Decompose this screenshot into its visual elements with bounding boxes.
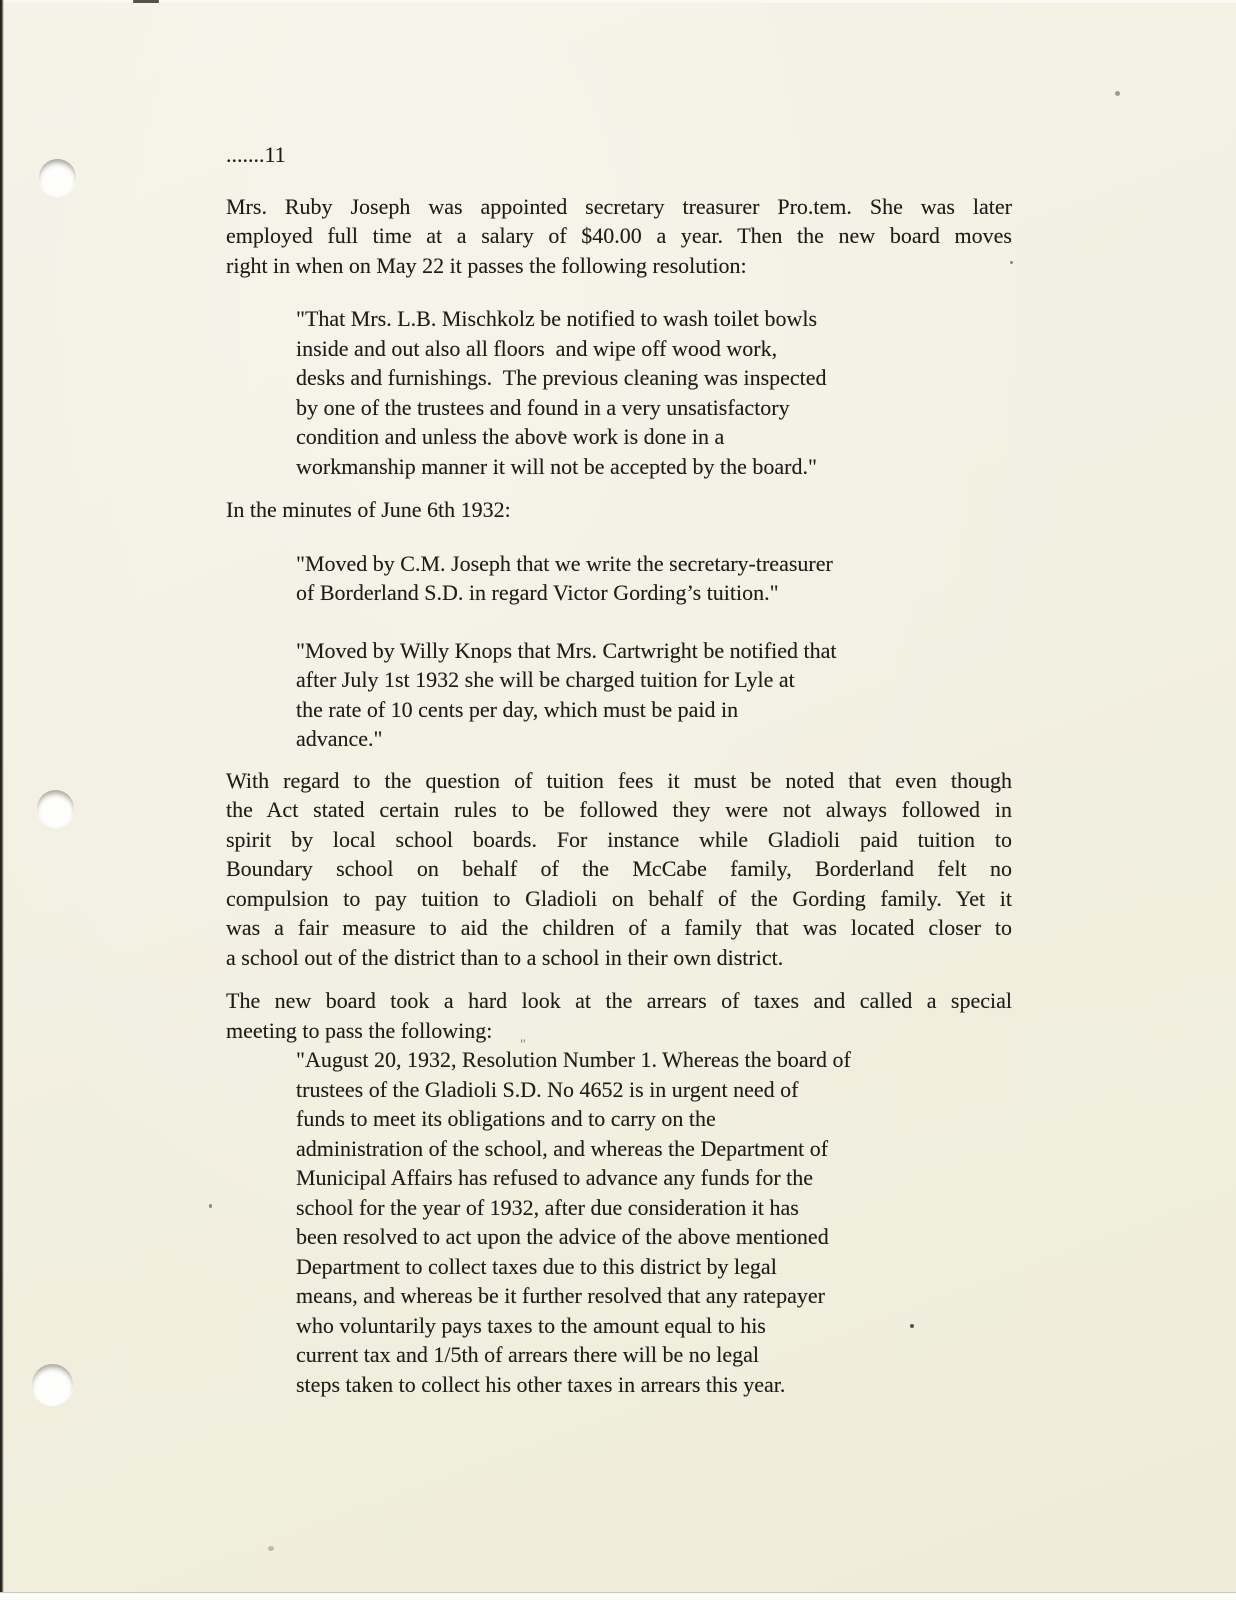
- page-number: .......11: [226, 140, 1012, 170]
- scan-edge-left: [0, 0, 4, 1600]
- scanned-document-page: { "colors": { "paper": "#f2f0e1", "ink":…: [0, 0, 1236, 1600]
- text-line: "Moved by C.M. Joseph that we write the …: [296, 549, 1012, 579]
- text-line: a school out of the district than to a s…: [226, 943, 1012, 973]
- text-line: Mrs. Ruby Joseph was appointed secretary…: [226, 192, 1012, 222]
- text-line: .......11: [226, 140, 1012, 170]
- text-line: the rate of 10 cents per day, which must…: [296, 695, 1012, 725]
- text-line: desks and furnishings. The previous clea…: [296, 363, 1012, 393]
- text-line: right in when on May 22 it passes the fo…: [226, 251, 1012, 281]
- text-line: inside and out also all floors and wipe …: [296, 334, 1012, 364]
- text-line: workmanship manner it will not be accept…: [296, 452, 1012, 482]
- text-line: administration of the school, and wherea…: [296, 1134, 1012, 1164]
- text-line: of Borderland S.D. in regard Victor Gord…: [296, 578, 1012, 608]
- scan-edge-bottom: [0, 1592, 1236, 1600]
- text-line: been resolved to act upon the advice of …: [296, 1222, 1012, 1252]
- block-quote-august-resolution: "August 20, 1932, Resolution Number 1. W…: [296, 1045, 1012, 1399]
- text-line: In the minutes of June 6th 1932:: [226, 495, 1012, 525]
- scan-speck: [209, 1204, 212, 1208]
- punch-hole-bottom: [32, 1364, 73, 1405]
- text-line: With regard to the question of tuition f…: [226, 766, 1012, 796]
- scan-speck: [268, 1546, 274, 1551]
- text-line: advance.": [296, 724, 1012, 754]
- paragraph-tuition-fees: With regard to the question of tuition f…: [226, 766, 1012, 973]
- text-line: Municipal Affairs has refused to advance…: [296, 1163, 1012, 1193]
- text-line: trustees of the Gladioli S.D. No 4652 is…: [296, 1075, 1012, 1105]
- paragraph-minutes-heading: In the minutes of June 6th 1932:: [226, 495, 1012, 525]
- punch-hole-top: [39, 159, 76, 196]
- document-text-column: .......11 Mrs. Ruby Joseph was appointed…: [226, 140, 1012, 1399]
- scan-edge-top: [0, 0, 1236, 3]
- scan-speck: [1115, 91, 1120, 96]
- text-line: who voluntarily pays taxes to the amount…: [296, 1311, 1012, 1341]
- text-line: means, and whereas be it further resolve…: [296, 1281, 1012, 1311]
- text-line: "That Mrs. L.B. Mischkolz be notified to…: [296, 304, 1012, 334]
- text-line: was a fair measure to aid the children o…: [226, 913, 1012, 943]
- text-line: steps taken to collect his other taxes i…: [296, 1370, 1012, 1400]
- text-line: condition and unless the above work is d…: [296, 422, 1012, 452]
- text-line: spirit by local school boards. For insta…: [226, 825, 1012, 855]
- text-line: The new board took a hard look at the ar…: [226, 986, 1012, 1016]
- text-line: funds to meet its obligations and to car…: [296, 1104, 1012, 1134]
- text-line: "Moved by Willy Knops that Mrs. Cartwrig…: [296, 636, 1012, 666]
- text-line: school for the year of 1932, after due c…: [296, 1193, 1012, 1223]
- paragraph-appointment: Mrs. Ruby Joseph was appointed secretary…: [226, 192, 1012, 281]
- scan-mark-top-edge: [133, 0, 159, 3]
- block-quote-knops-motion: "Moved by Willy Knops that Mrs. Cartwrig…: [296, 636, 1012, 754]
- text-line: meeting to pass the following:: [226, 1016, 1012, 1046]
- block-quote-joseph-motion: "Moved by C.M. Joseph that we write the …: [296, 549, 1012, 608]
- text-line: employed full time at a salary of $40.00…: [226, 221, 1012, 251]
- text-line: Boundary school on behalf of the McCabe …: [226, 854, 1012, 884]
- text-line: after July 1st 1932 she will be charged …: [296, 665, 1012, 695]
- text-line: Department to collect taxes due to this …: [296, 1252, 1012, 1282]
- text-line: compulsion to pay tuition to Gladioli on…: [226, 884, 1012, 914]
- text-line: current tax and 1/5th of arrears there w…: [296, 1340, 1012, 1370]
- block-quote-cleaning-resolution: "That Mrs. L.B. Mischkolz be notified to…: [296, 304, 1012, 481]
- text-line: "August 20, 1932, Resolution Number 1. W…: [296, 1045, 1012, 1075]
- text-line: by one of the trustees and found in a ve…: [296, 393, 1012, 423]
- paragraph-arrears-intro: The new board took a hard look at the ar…: [226, 986, 1012, 1045]
- text-line: the Act stated certain rules to be follo…: [226, 795, 1012, 825]
- punch-hole-middle: [37, 790, 74, 827]
